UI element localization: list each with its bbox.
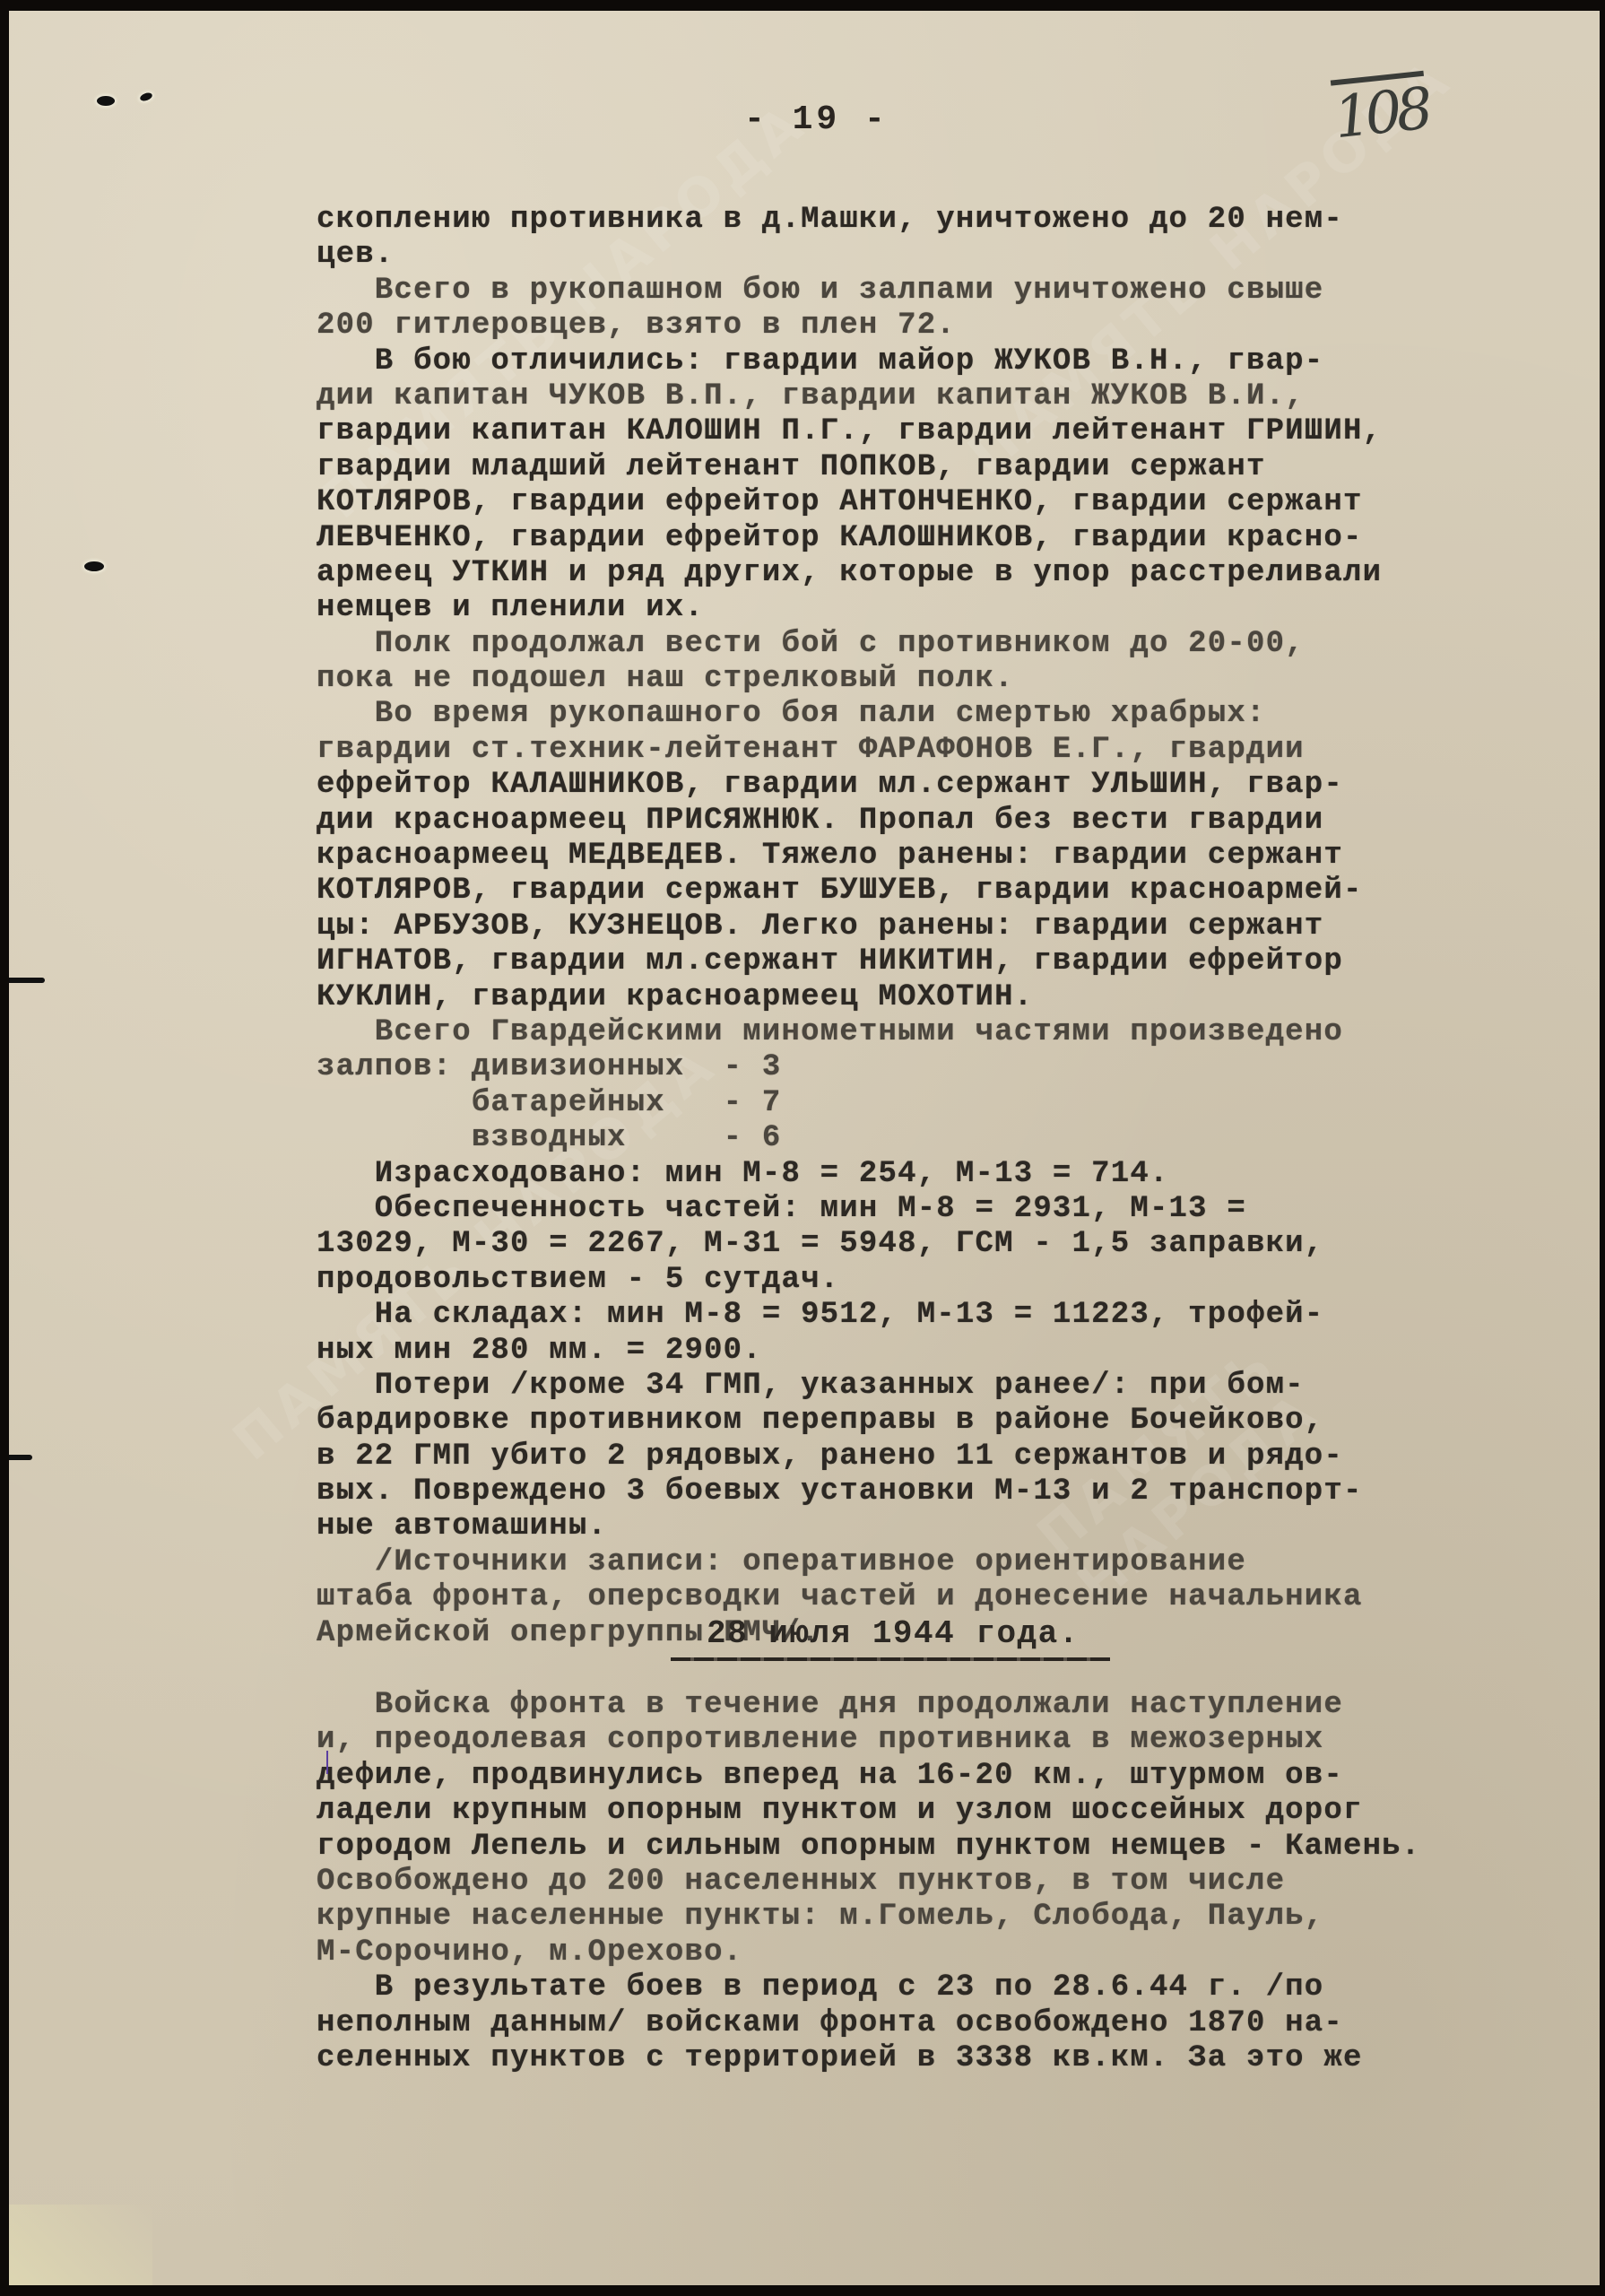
binding-notch	[9, 1455, 32, 1460]
page-number: - 19 -	[744, 100, 889, 139]
text-line: ладели крупным опорным пунктом и узлом ш…	[317, 1794, 1554, 1829]
text-line: ных мин 280 мм. = 2900.	[317, 1334, 1554, 1369]
date-heading: 28 июля 1944 года.	[707, 1615, 1080, 1652]
text-line: взводных - 6	[317, 1121, 1554, 1156]
text-line: штаба фронта, оперсводки частей и донесе…	[317, 1580, 1554, 1615]
text-line: КОТЛЯРОВ, гвардии ефрейтор АНТОНЧЕНКО, г…	[317, 485, 1554, 520]
document-page: ПАМЯТЬ НАРОДА ПАМЯТЬ НАРОДА ПАМЯТЬ НАРОД…	[9, 11, 1600, 2285]
text-line: и, преодолевая сопротивление противника …	[317, 1723, 1554, 1758]
handwritten-archive-number: 108	[1331, 76, 1430, 152]
text-line: гвардии младший лейтенант ПОПКОВ, гварди…	[317, 450, 1554, 485]
text-line: дии красноармеец ПРИСЯЖНЮК. Пропал без в…	[317, 804, 1554, 839]
text-line: Войска фронта в течение дня продолжали н…	[317, 1688, 1554, 1723]
text-line: Обеспеченность частей: мин М-8 = 2931, М…	[317, 1192, 1554, 1227]
text-line: скоплению противника в д.Машки, уничтоже…	[317, 203, 1554, 238]
text-line: Потери /кроме 34 ГМП, указанных ранее/: …	[317, 1369, 1554, 1404]
text-line: Всего Гвардейскими минометными частями п…	[317, 1015, 1554, 1050]
text-line: дии капитан ЧУКОВ В.П., гвардии капитан …	[317, 379, 1554, 414]
text-line: В бою отличились: гвардии майор ЖУКОВ В.…	[317, 344, 1554, 379]
punch-hole	[139, 91, 153, 102]
heading-underline	[671, 1657, 1110, 1661]
text-line: пока не подошел наш стрелковый полк.	[317, 662, 1554, 697]
text-line: гвардии ст.техник-лейтенант ФАРАФОНОВ Е.…	[317, 733, 1554, 768]
purple-ink-correction-mark	[326, 1751, 328, 1774]
text-line: дефиле, продвинулись вперед на 16-20 км.…	[317, 1759, 1554, 1794]
text-line: цы: АРБУЗОВ, КУЗНЕЦОВ. Легко ранены: гва…	[317, 909, 1554, 944]
text-line: продовольствием - 5 сутдач.	[317, 1263, 1554, 1298]
text-line: крупные населенные пункты: м.Гомель, Сло…	[317, 1900, 1554, 1935]
text-line: Израсходовано: мин М-8 = 254, М-13 = 714…	[317, 1157, 1554, 1192]
punch-hole	[84, 561, 104, 571]
text-line: КУКЛИН, гвардии красноармеец МОХОТИН.	[317, 980, 1554, 1015]
text-line: /Источники записи: оперативное ориентиро…	[317, 1545, 1554, 1580]
text-line: 200 гитлеровцев, взято в плен 72.	[317, 309, 1554, 344]
text-line: ЛЕВЧЕНКО, гвардии ефрейтор КАЛОШНИКОВ, г…	[317, 521, 1554, 556]
text-line: селенных пунктов с территорией в 3338 кв…	[317, 2041, 1554, 2076]
text-line: Всего в рукопашном бою и залпами уничтож…	[317, 274, 1554, 309]
text-line: вых. Повреждено 3 боевых установки М-13 …	[317, 1474, 1554, 1509]
text-line: 13029, М-30 = 2267, М-31 = 5948, ГСМ - 1…	[317, 1227, 1554, 1262]
text-line: ные автомашины.	[317, 1509, 1554, 1544]
text-line: ефрейтор КАЛАШНИКОВ, гвардии мл.сержант …	[317, 768, 1554, 803]
text-line: Полк продолжал вести бой с противником д…	[317, 627, 1554, 662]
text-line: немцев и пленили их.	[317, 591, 1554, 626]
text-line: в 22 ГМП убито 2 рядовых, ранено 11 серж…	[317, 1439, 1554, 1474]
text-line: батарейных - 7	[317, 1086, 1554, 1121]
text-line: ИГНАТОВ, гвардии мл.сержант НИКИТИН, гва…	[317, 944, 1554, 979]
text-line: На складах: мин М-8 = 9512, М-13 = 11223…	[317, 1298, 1554, 1333]
text-line: М-Сорочино, м.Орехово.	[317, 1935, 1554, 1970]
punch-hole	[97, 96, 115, 106]
section-2-text: Войска фронта в течение дня продолжали н…	[317, 1688, 1554, 2076]
text-line: бардировке противником переправы в район…	[317, 1404, 1554, 1439]
text-line: городом Лепель и сильным опорным пунктом…	[317, 1830, 1554, 1865]
text-line: КОТЛЯРОВ, гвардии сержант БУШУЕВ, гварди…	[317, 874, 1554, 909]
text-line: залпов: дивизионных - 3	[317, 1050, 1554, 1085]
binding-notch	[9, 978, 45, 983]
text-line: цев.	[317, 238, 1554, 273]
text-line: В результате боев в период с 23 по 28.6.…	[317, 1970, 1554, 2005]
text-line: Освобождено до 200 населенных пунктов, в…	[317, 1865, 1554, 1900]
text-line: неполным данным/ войсками фронта освобож…	[317, 2006, 1554, 2041]
text-line: Во время рукопашного боя пали смертью хр…	[317, 697, 1554, 732]
text-line: гвардии капитан КАЛОШИН П.Г., гвардии ле…	[317, 414, 1554, 449]
text-line: красноармеец МЕДВЕДЕВ. Тяжело ранены: гв…	[317, 839, 1554, 874]
text-line: армеец УТКИН и ряд других, которые в упо…	[317, 556, 1554, 591]
section-1-text: скоплению противника в д.Машки, уничтоже…	[317, 203, 1554, 1651]
